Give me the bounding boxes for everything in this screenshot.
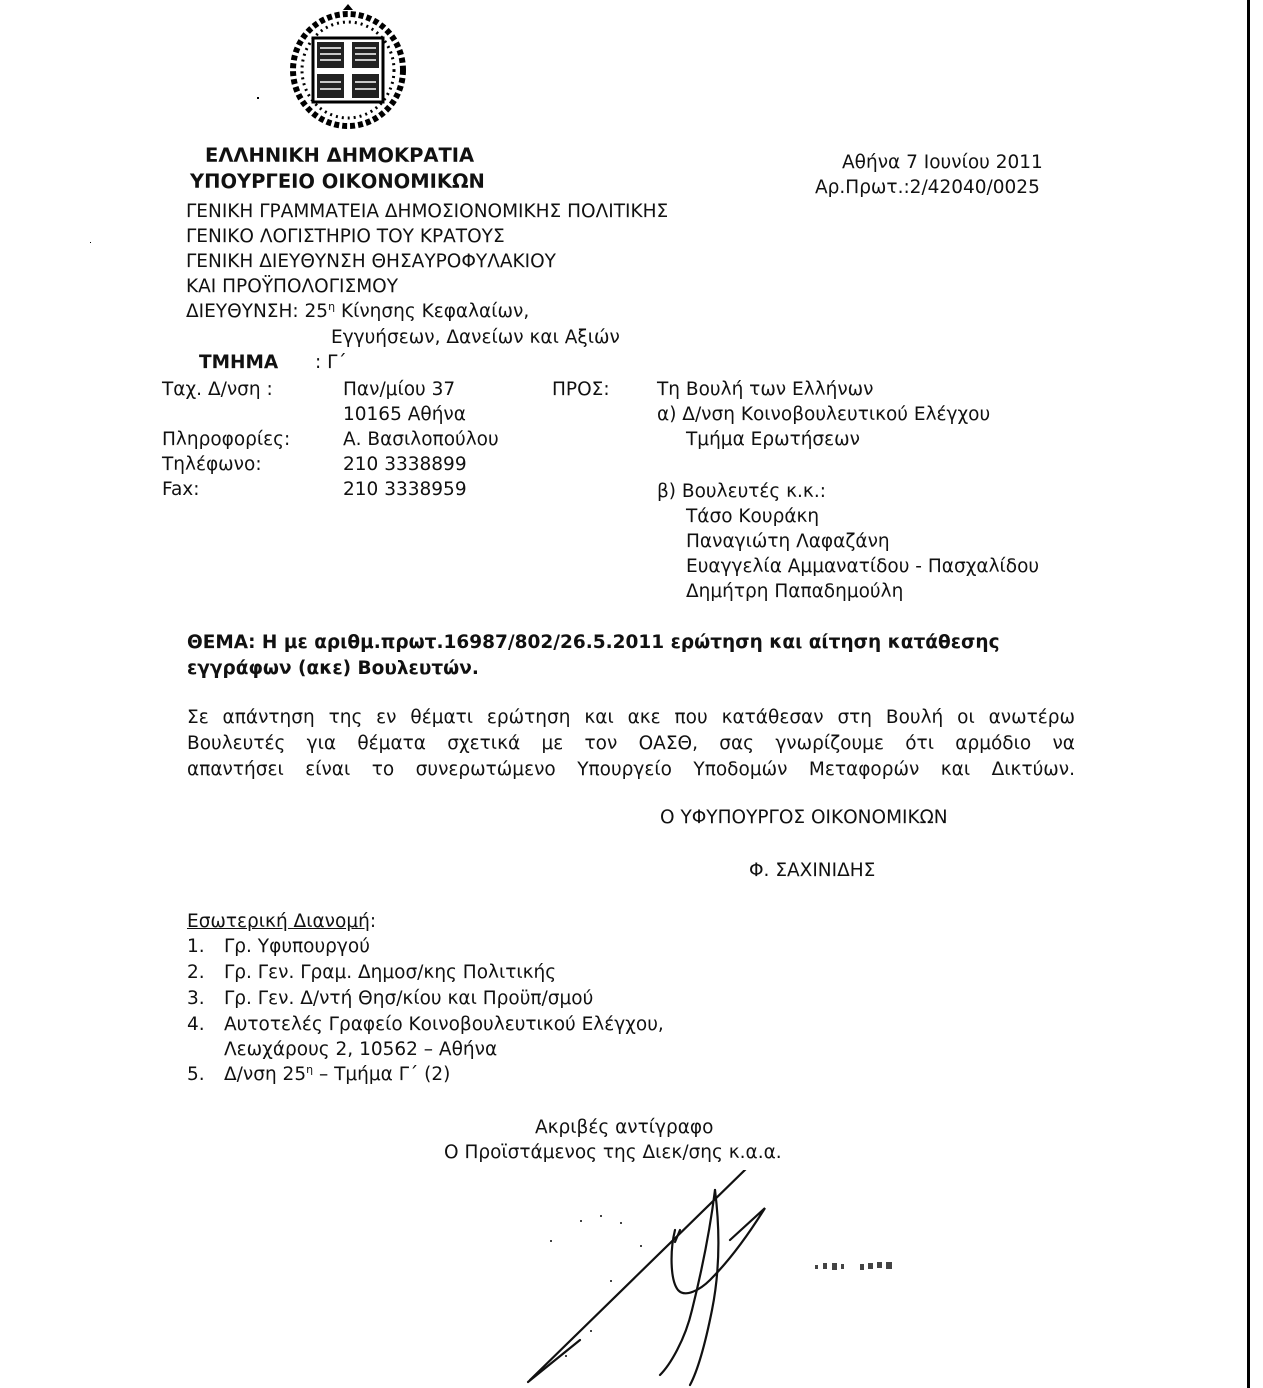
mp-name: Τάσο Κουράκη [686, 504, 819, 529]
subject-line2: εγγράφων (ακε) Βουλευτών. [187, 656, 479, 681]
phone-label: Τηλέφωνο: [162, 452, 262, 477]
fax-value: 210 3338959 [343, 477, 467, 502]
address-line1: Παν/μίου 37 [343, 377, 455, 402]
directorate-line: ΔΙΕΥΘΥΝΣΗ: 25η Κίνησης Κεφαλαίων, [186, 299, 529, 324]
org-name: ΕΛΛΗΝΙΚΗ ΔΗΜΟΚΡΑΤΙΑ [205, 143, 474, 168]
recipients-label: ΠΡΟΣ: [552, 377, 610, 402]
coat-of-arms-emblem-icon [283, 4, 413, 132]
body-line: απαντήσει είναι το συνερωτώμενο Υπουργεί… [187, 757, 1075, 782]
protocol-number: Αρ.Πρωτ.:2/42040/0025 [815, 175, 1040, 200]
dept-line: ΓΕΝΙΚΗ ΔΙΕΥΘΥΝΣΗ ΘΗΣΑΥΡΟΦΥΛΑΚΙΟΥ [186, 249, 556, 274]
certified-copy-label: Ακριβές αντίγραφο [535, 1115, 713, 1140]
distribution-item-num: 5. [187, 1062, 205, 1087]
phone-value: 210 3338899 [343, 452, 467, 477]
distribution-item-cont: Λεωχάρους 2, 10562 – Αθήνα [224, 1037, 497, 1062]
distribution-item: Γρ. Γεν. Δ/ντή Θησ/κίου και Προϋπ/σμού [224, 986, 593, 1011]
directorate-sup: η [328, 300, 335, 313]
ministry-name: ΥΠΟΥΡΓΕΙΟ ΟΙΚΟΝΟΜΙΚΩΝ [190, 169, 485, 194]
fax-label: Fax: [162, 477, 199, 502]
dept-line: ΓΕΝΙΚΗ ΓΡΑΜΜΑΤΕΙΑ ΔΗΜΟΣΙΟΝΟΜΙΚΗΣ ΠΟΛΙΤΙΚ… [186, 199, 668, 224]
directorate-name: Κίνησης Κεφαλαίων, [335, 301, 529, 322]
distribution-item: Αυτοτελές Γραφείο Κοινοβουλευτικού Ελέγχ… [224, 1012, 664, 1037]
distribution-heading-colon: : [370, 911, 376, 932]
scan-speck [90, 242, 91, 243]
address-label: Ταχ. Δ/νση : [162, 377, 273, 402]
directorate-label: ΔΙΕΥΘΥΝΣΗ: [186, 301, 299, 322]
mp-name: Δημήτρη Παπαδημούλη [686, 579, 903, 604]
distribution-item-num: 1. [187, 934, 205, 959]
distribution-item: Δ/νση 25η – Τμήμα Γ΄ (2) [224, 1062, 450, 1087]
page-border [1247, 0, 1250, 1388]
distribution-heading: Εσωτερική Διανομή: [187, 909, 376, 934]
subject-line1: ΘΕΜΑ: Η με αριθμ.πρωτ.16987/802/26.5.201… [187, 630, 1000, 655]
section-value: : Γ΄ [315, 350, 347, 375]
document-date: Αθήνα 7 Ιουνίου 2011 [842, 150, 1043, 175]
distribution-heading-text: Εσωτερική Διανομή [187, 911, 370, 932]
dept-line: ΓΕΝΙΚΟ ΛΟΓΙΣΤΗΡΙΟ ΤΟΥ ΚΡΑΤΟΥΣ [186, 224, 505, 249]
distribution-item-text: Δ/νση 25 [224, 1064, 306, 1085]
recipient-a-line2: Τμήμα Ερωτήσεων [686, 427, 860, 452]
body-line: Σε απάντηση της εν θέματι ερώτηση και ακ… [187, 705, 1075, 730]
recipient-b-heading: β) Βουλευτές κ.κ.: [657, 479, 826, 504]
certifying-official: Ο Προϊστάμενος της Διεκ/σης κ.α.α. [444, 1140, 782, 1165]
section-label: ΤΜΗΜΑ [199, 350, 278, 375]
distribution-item-text: – Τμήμα Γ΄ (2) [313, 1064, 450, 1085]
mp-name: Ευαγγελία Αμμανατίδου - Πασχαλίδου [686, 554, 1039, 579]
dept-line: ΚΑΙ ΠΡΟΫΠΟΛΟΓΙΣΜΟΥ [186, 274, 398, 299]
signatory-name: Φ. ΣΑΧΙΝΙΔΗΣ [749, 858, 875, 883]
signatory-title: Ο ΥΦΥΠΟΥΡΓΟΣ ΟΙΚΟΝΟΜΙΚΩΝ [660, 805, 948, 830]
handwritten-signature-icon [520, 1170, 900, 1388]
address-line2: 10165 Αθήνα [343, 402, 466, 427]
mp-name: Παναγιώτη Λαφαζάνη [686, 529, 890, 554]
distribution-item: Γρ. Υφυπουργού [224, 934, 370, 959]
directorate-number: 25 [305, 301, 329, 322]
recipient-a-line1: α) Δ/νση Κοινοβουλευτικού Ελέγχου [657, 402, 990, 427]
distribution-item-num: 3. [187, 986, 205, 1011]
body-line: Βουλευτές για θέματα σχετικά με τον ΟΑΣΘ… [187, 731, 1075, 756]
distribution-item-num: 4. [187, 1012, 205, 1037]
directorate-line2: Εγγυήσεων, Δανείων και Αξιών [331, 325, 620, 350]
recipient-parliament: Τη Βουλή των Ελλήνων [657, 377, 874, 402]
distribution-item-num: 2. [187, 960, 205, 985]
scan-speck [257, 97, 259, 99]
info-label: Πληροφορίες: [162, 427, 290, 452]
info-value: Α. Βασιλοπούλου [343, 427, 499, 452]
distribution-item: Γρ. Γεν. Γραμ. Δημοσ/κης Πολιτικής [224, 960, 556, 985]
